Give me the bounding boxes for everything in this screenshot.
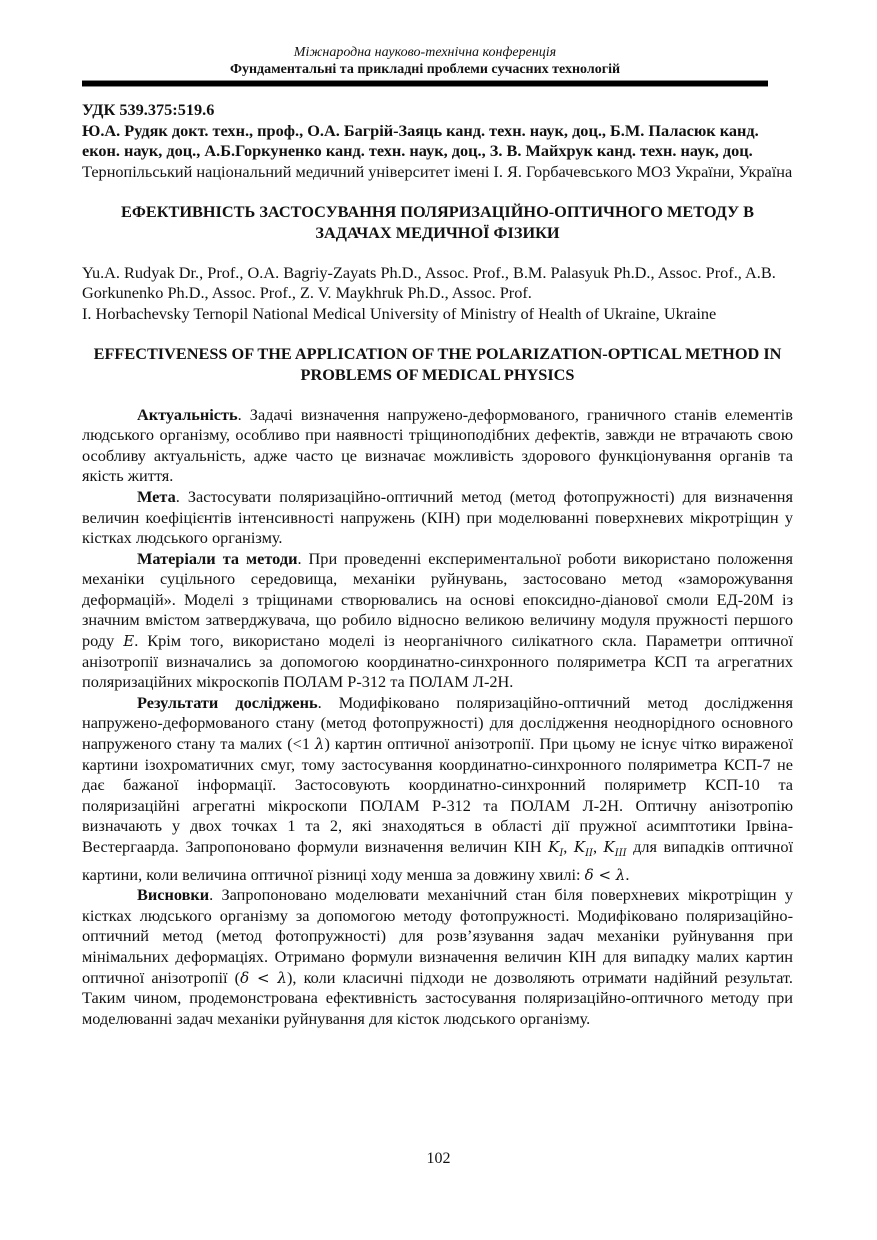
inequality-delta-lambda-2: δ < λ <box>240 969 287 987</box>
inequality-delta-lambda: δ < λ <box>585 866 626 884</box>
paragraph-methods: Матеріали та методи. При проведенні експ… <box>82 549 793 693</box>
conference-name: Фундаментальні та прикладні проблеми суч… <box>82 61 768 78</box>
paragraph-relevance: Актуальність. Задачі визначення напружен… <box>82 405 793 487</box>
title-ukrainian: ЕФЕКТИВНІСТЬ ЗАСТОСУВАННЯ ПОЛЯРИЗАЦІЙНО-… <box>82 202 793 243</box>
relevance-heading: Актуальність <box>137 405 238 424</box>
authors-ukrainian: Ю.А. Рудяк докт. техн., проф., О.А. Багр… <box>82 121 793 162</box>
methods-text-2: . Крім того, використано моделі із неорг… <box>82 631 793 691</box>
conclusions-heading: Висновки <box>137 885 209 904</box>
authors-english: Yu.A. Rudyak Dr., Prof., O.A. Bagriy-Zay… <box>82 263 793 304</box>
page-number: 102 <box>0 1150 877 1168</box>
paragraph-goal: Мета. Застосувати поляризаційно-оптичний… <box>82 487 793 549</box>
symbol-k2: KII <box>574 838 593 856</box>
title-english: EFFECTIVENESS OF THE APPLICATION OF THE … <box>82 344 793 385</box>
paragraph-results: Результати досліджень. Модифіковано поля… <box>82 693 793 885</box>
udc-code: УДК 539.375:519.6 <box>82 100 793 121</box>
results-heading: Результати досліджень <box>137 693 318 712</box>
article-body: УДК 539.375:519.6 Ю.А. Рудяк докт. техн.… <box>82 100 793 1029</box>
affiliation-english: I. Horbachevsky Ternopil National Medica… <box>82 304 793 325</box>
conference-type: Міжнародна науково-технічна конференція <box>82 44 768 61</box>
symbol-k1: KI <box>548 838 563 856</box>
abstract: Актуальність. Задачі визначення напружен… <box>82 405 793 1030</box>
results-text-4: . <box>625 865 629 884</box>
paragraph-conclusions: Висновки. Запропоновано моделювати механ… <box>82 885 793 1029</box>
symbol-e: E <box>123 632 134 650</box>
symbol-lambda: λ <box>315 735 325 753</box>
header-rule <box>82 80 768 87</box>
goal-text: . Застосувати поляризаційно-оптичний мет… <box>82 487 793 547</box>
running-head: Міжнародна науково-технічна конференція … <box>82 44 768 78</box>
goal-heading: Мета <box>137 487 176 506</box>
symbol-k3: KIII <box>604 838 627 856</box>
methods-heading: Матеріали та методи <box>137 549 297 568</box>
affiliation-ukrainian: Тернопільський національний медичний уні… <box>82 162 793 183</box>
